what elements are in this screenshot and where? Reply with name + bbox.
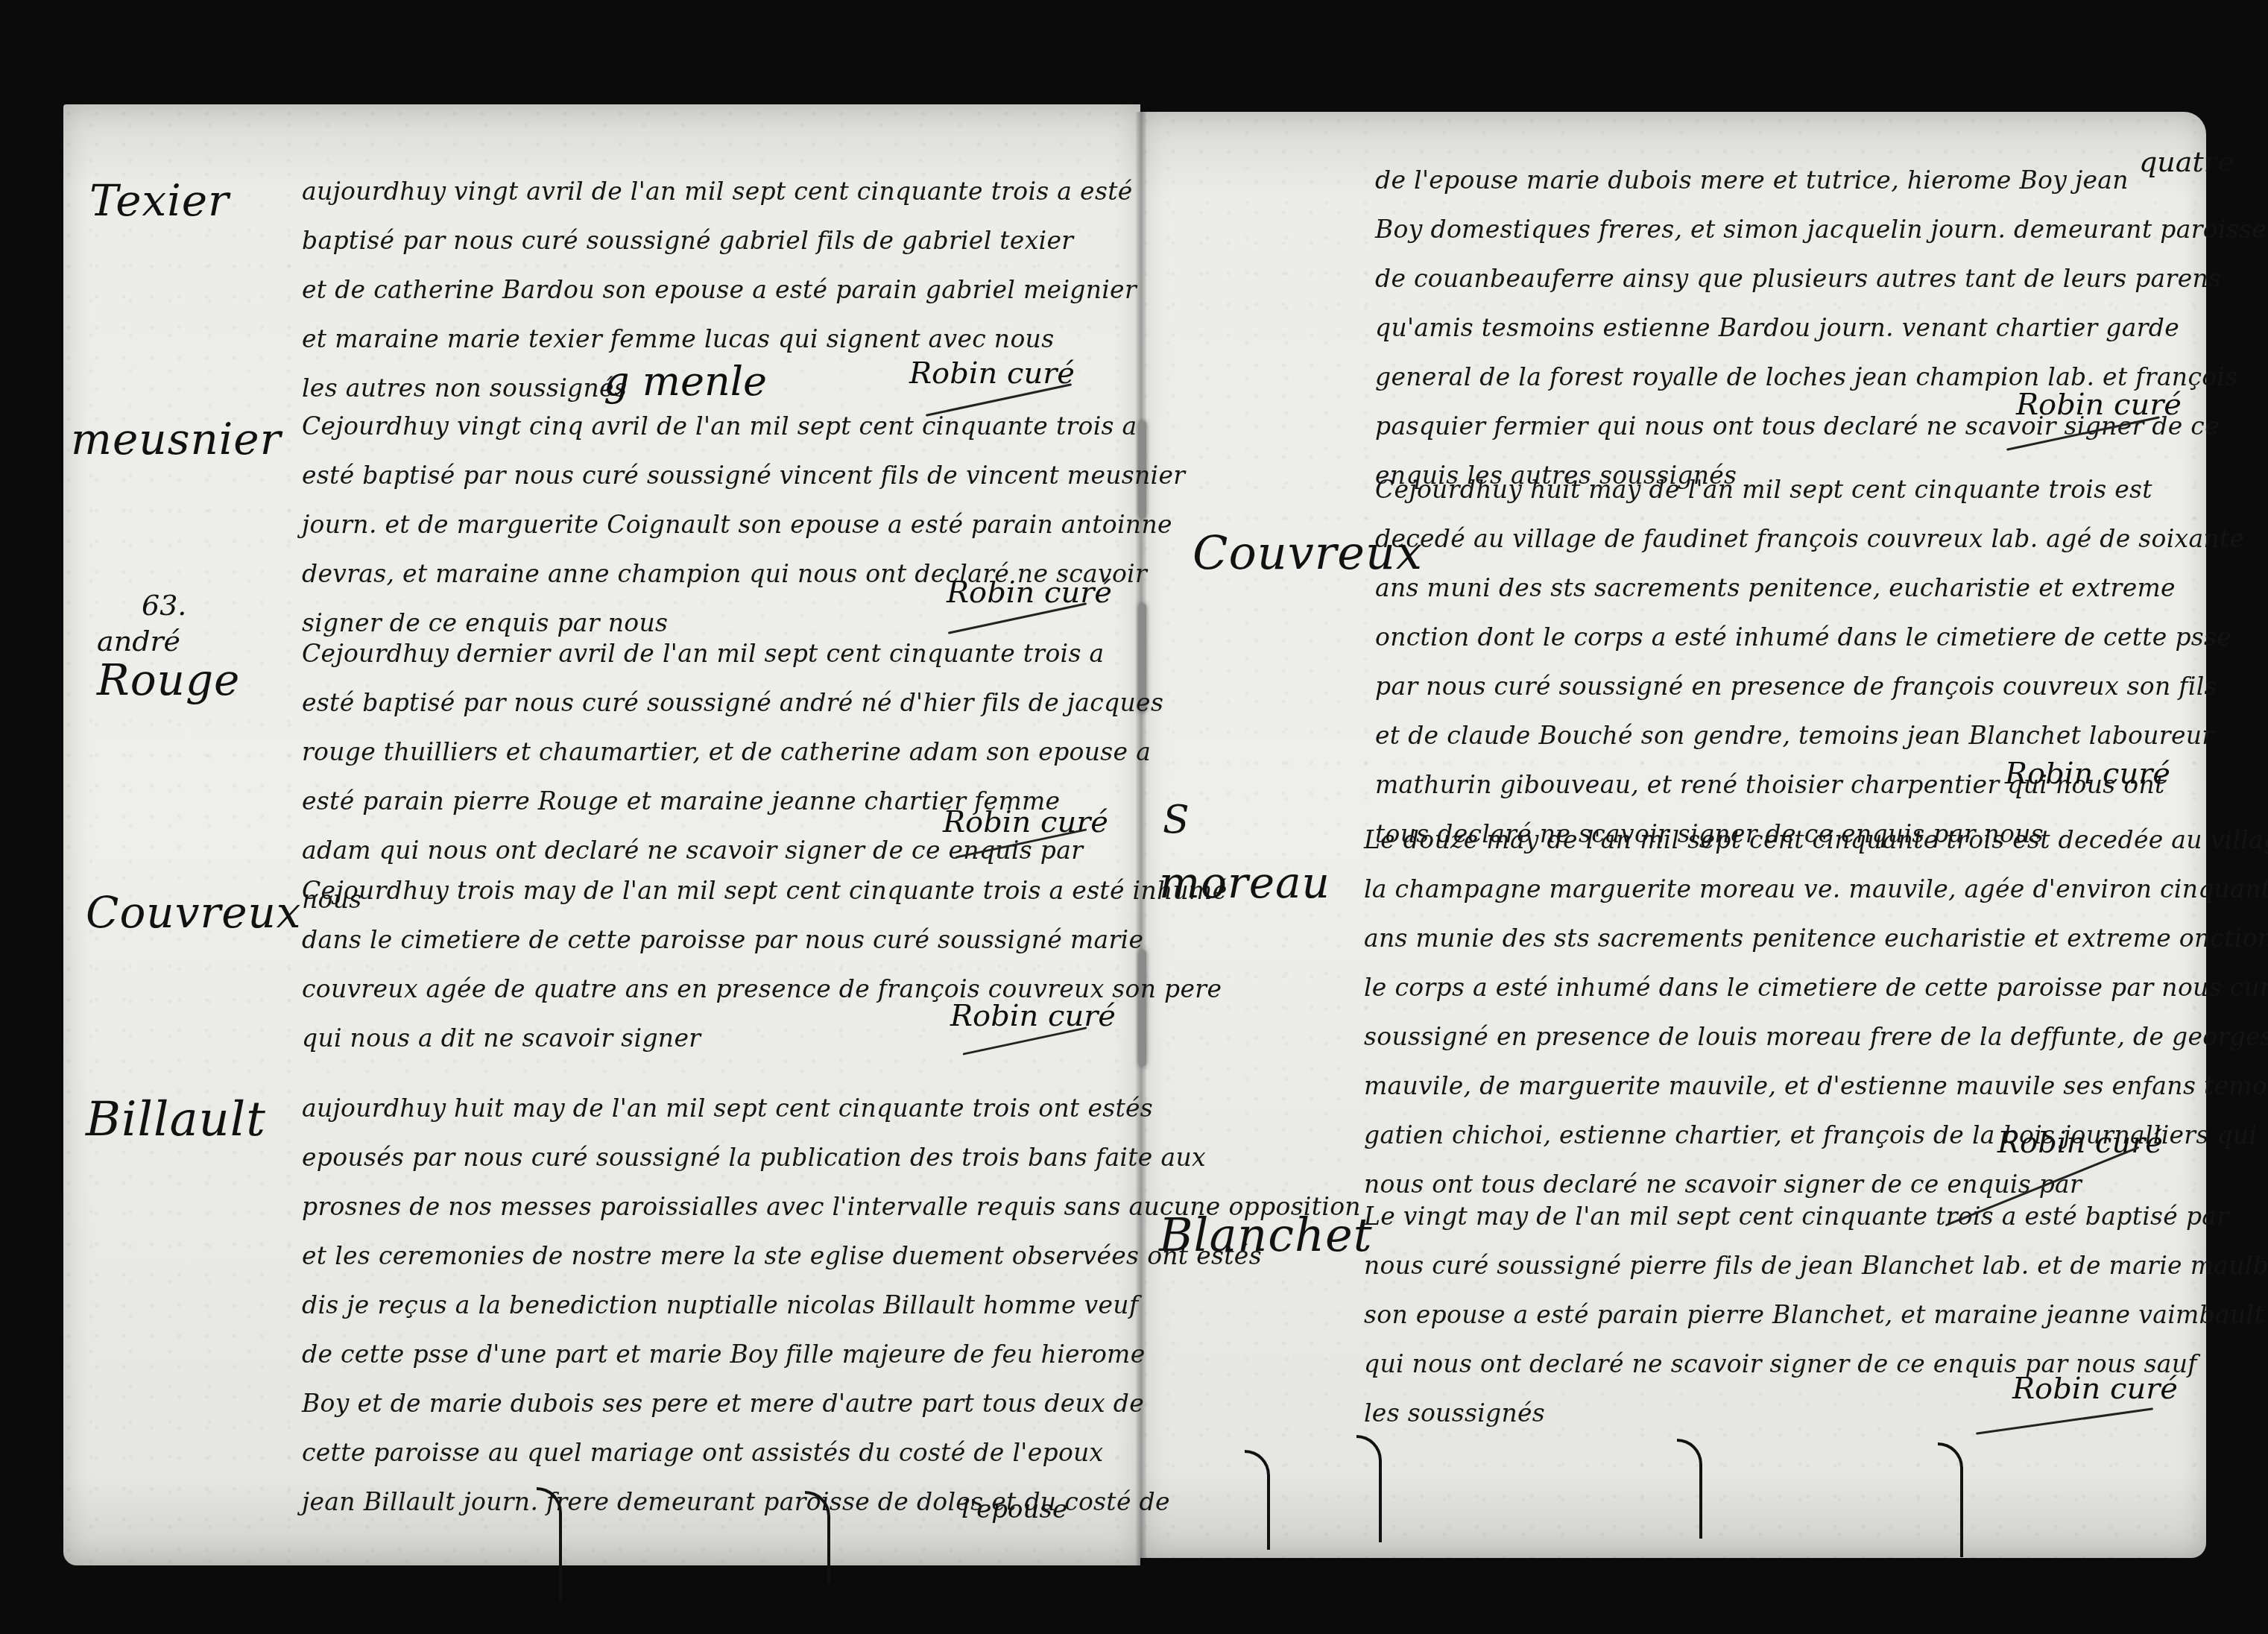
- entry-line: ans muni des sts sacrements penitence, e…: [1375, 575, 2244, 625]
- margin-name-moreau: moreau: [1159, 857, 1330, 908]
- signature-cure: Robin curé: [943, 805, 1108, 839]
- entry-couvreux-burial: Cejourdhuy trois may de l'an mil sept ce…: [302, 878, 1228, 1075]
- page-hook-mark: [805, 1491, 830, 1583]
- margin-name-billault: Billault: [86, 1092, 266, 1147]
- entry-line: jean Billault journ. frere demeurant par…: [302, 1489, 1361, 1539]
- entry-line: Boy domestiques freres, et simon jacquel…: [1375, 217, 2267, 266]
- margin-name-couvreux: Couvreux: [86, 887, 302, 938]
- entry-line: son epouse a esté parain pierre Blanchet…: [1364, 1302, 2268, 1351]
- signature-cure: Robin curé: [2005, 757, 2170, 791]
- signature-cure: Robin curé: [2012, 1372, 2178, 1406]
- entry-line-continuation: l'epouse: [961, 1495, 1067, 1524]
- page-hook-mark: [1938, 1442, 1963, 1557]
- page-hook-mark: [1245, 1450, 1270, 1550]
- entry-line: dis je reçus a la benediction nuptialle …: [302, 1293, 1361, 1342]
- entry-line: et de catherine Bardou son epouse a esté…: [302, 277, 1137, 327]
- entry-line: Le vingt may de l'an mil sept cent cinqu…: [1364, 1204, 2268, 1253]
- entry-line: le corps a esté inhumé dans le cimetiere…: [1364, 975, 2268, 1024]
- entry-line: de cette psse d'une part et marie Boy fi…: [302, 1342, 1361, 1391]
- entry-line: dans le cimetiere de cette paroisse par …: [302, 927, 1228, 977]
- entry-blanchet-baptism: Le vingt may de l'an mil sept cent cinqu…: [1364, 1204, 2268, 1450]
- margin-note-s: S: [1163, 798, 1190, 842]
- entry-line: les soussignés: [1364, 1401, 2268, 1450]
- entry-line: la champagne marguerite moreau ve. mauvi…: [1364, 877, 2268, 926]
- entry-moreau-death: Le douze may de l'an mil sept cent cinqu…: [1364, 827, 2268, 1221]
- entry-line: soussigné en presence de louis moreau fr…: [1364, 1024, 2268, 1073]
- margin-name-blanchet: Blanchet: [1159, 1208, 1373, 1262]
- margin-note-number: 63.: [142, 589, 186, 622]
- entry-line: aujourdhuy huit may de l'an mil sept cen…: [302, 1096, 1361, 1145]
- entry-line: esté baptisé par nous curé soussigné and…: [302, 690, 1163, 739]
- entry-line: cette paroisse au quel mariage ont assis…: [302, 1440, 1361, 1489]
- entry-line: onction dont le corps a esté inhumé dans…: [1375, 625, 2244, 674]
- signature-cure: Robin curé: [909, 356, 1075, 391]
- entry-line: rouge thuilliers et chaumartier, et de c…: [302, 739, 1163, 789]
- page-hook-mark: [537, 1487, 562, 1602]
- entry-line: journ. et de marguerite Coignault son ep…: [302, 512, 1185, 561]
- entry-line: qu'amis tesmoins estienne Bardou journ. …: [1375, 315, 2267, 365]
- entry-line: Le douze may de l'an mil sept cent cinqu…: [1364, 827, 2268, 877]
- entry-line: Cejourdhuy trois may de l'an mil sept ce…: [302, 878, 1228, 927]
- margin-note-firstname: andré: [97, 625, 180, 657]
- margin-name-meusnier: meusnier: [71, 414, 281, 464]
- entry-line: Cejourdhuy dernier avril de l'an mil sep…: [302, 641, 1163, 690]
- margin-name-rouge: Rouge: [97, 654, 240, 705]
- entry-line: de l'epouse marie dubois mere et tutrice…: [1375, 168, 2267, 217]
- entry-line: nous curé soussigné pierre fils de jean …: [1364, 1253, 2268, 1302]
- entry-line: Cejourdhuy huit may de l'an mil sept cen…: [1375, 477, 2244, 526]
- page-hook-mark: [1677, 1439, 1702, 1539]
- entry-line: Cejourdhuy vingt cinq avril de l'an mil …: [302, 414, 1185, 463]
- signature-cure: Robin curé: [947, 575, 1112, 610]
- entry-line: aujourdhuy vingt avril de l'an mil sept …: [302, 179, 1137, 228]
- entry-line: decedé au village de faudinet françois c…: [1375, 526, 2244, 575]
- entry-line: mauvile, de marguerite mauvile, et d'est…: [1364, 1073, 2268, 1123]
- entry-line: baptisé par nous curé soussigné gabriel …: [302, 228, 1137, 277]
- entry-line: epousés par nous curé soussigné la publi…: [302, 1145, 1361, 1194]
- signature-cure: Robin curé: [950, 999, 1116, 1033]
- signature-cure: Robin curé: [1997, 1126, 2163, 1160]
- entry-line: Boy et de marie dubois ses pere et mere …: [302, 1391, 1361, 1440]
- entry-line: par nous curé soussigné en presence de f…: [1375, 674, 2244, 723]
- entry-meusnier-baptism: Cejourdhuy vingt cinq avril de l'an mil …: [302, 414, 1185, 660]
- margin-name-texier: Texier: [89, 175, 230, 226]
- entry-couvreux-death: Cejourdhuy huit may de l'an mil sept cen…: [1375, 477, 2244, 871]
- signature-witness: g menle: [604, 358, 767, 405]
- page-hook-mark: [1356, 1435, 1382, 1542]
- entry-line: esté baptisé par nous curé soussigné vin…: [302, 463, 1185, 512]
- entry-billault-continuation: de l'epouse marie dubois mere et tutrice…: [1375, 168, 2267, 512]
- entry-billault-marriage: aujourdhuy huit may de l'an mil sept cen…: [302, 1096, 1361, 1539]
- entry-line: de couanbeauferre ainsy que plusieurs au…: [1375, 266, 2267, 315]
- entry-line: ans munie des sts sacrements penitence e…: [1364, 926, 2268, 975]
